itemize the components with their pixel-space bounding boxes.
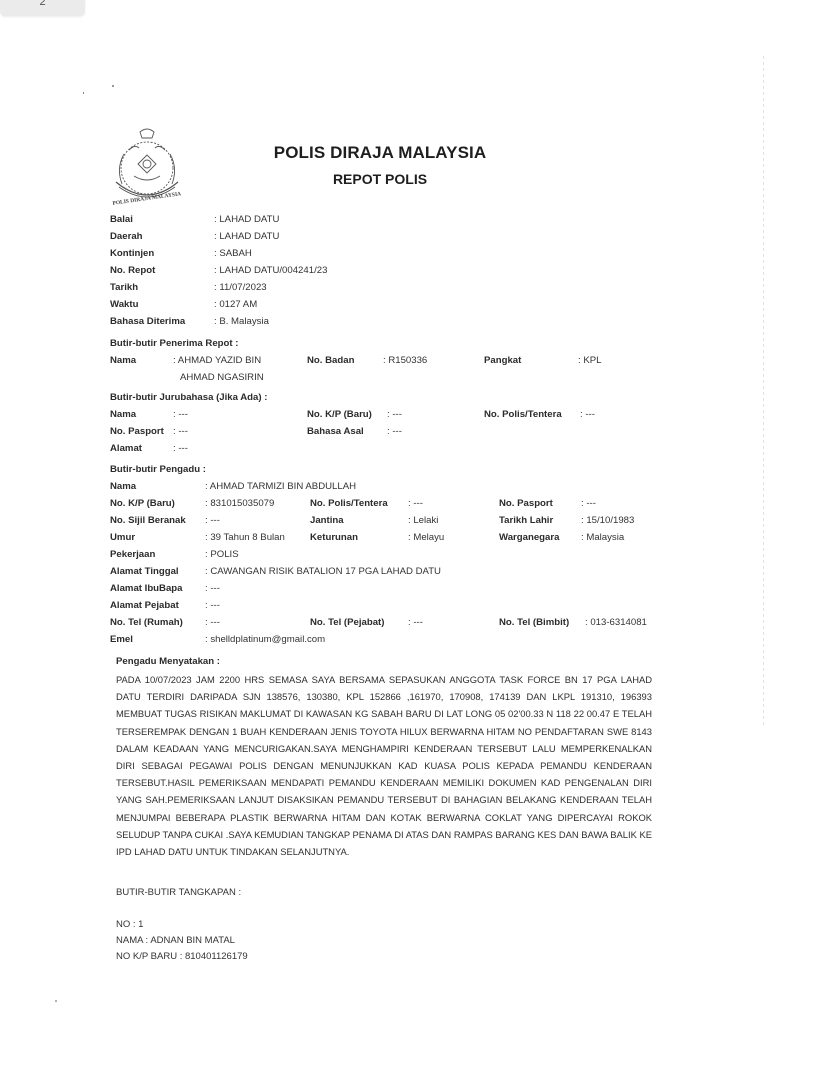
arrest-section-title: BUTIR-BUTIR TANGKAPAN : <box>116 887 241 898</box>
field-label: No. Pasport <box>499 495 553 512</box>
field-value: : 831015035079 <box>205 495 274 512</box>
field-label: No. K/P (Baru) <box>110 495 175 512</box>
field-value: : 11/07/2023 <box>214 279 267 296</box>
receiver-name-line2: AHMAD NGASIRIN <box>180 369 264 386</box>
svg-text:POLIS DIRAJA MALAYSIA: POLIS DIRAJA MALAYSIA <box>112 191 181 207</box>
field-value: : --- <box>408 495 423 512</box>
field-label: Keturunan <box>310 529 358 546</box>
statement-heading: Pengadu Menyatakan : <box>116 653 220 670</box>
scan-speck <box>83 92 84 94</box>
field-value: : CAWANGAN RISIK BATALION 17 PGA LAHAD D… <box>205 563 441 580</box>
field-label: Bahasa Diterima <box>110 313 185 330</box>
field-label: Emel <box>110 631 133 648</box>
field-value: : --- <box>581 495 596 512</box>
field-value: : B. Malaysia <box>214 313 269 330</box>
receiver-badge: : R150336 <box>383 352 427 369</box>
section-title: Pengadu Menyatakan : <box>116 656 220 667</box>
field-label: No. Polis/Tentera <box>310 495 388 512</box>
field-value: : --- <box>173 440 188 457</box>
field-value: : --- <box>173 406 188 423</box>
field-label: Warganegara <box>499 529 559 546</box>
scan-speck <box>112 85 114 87</box>
field-label: No. Sijil Beranak <box>110 512 186 529</box>
page-title: POLIS DIRAJA MALAYSIA <box>190 143 570 163</box>
field-label: Alamat Pejabat <box>110 597 179 614</box>
field-label: Daerah <box>110 228 143 245</box>
field-value: : --- <box>408 614 423 631</box>
complainant-name: : AHMAD TARMIZI BIN ABDULLAH <box>205 478 356 495</box>
field-label: No. Polis/Tentera <box>484 406 562 423</box>
field-value: : 39 Tahun 8 Bulan <box>205 529 285 546</box>
field-label: No. Tel (Rumah) <box>110 614 183 631</box>
field-value: : --- <box>205 614 220 631</box>
field-value: : --- <box>173 423 188 440</box>
field-label: Pangkat <box>484 352 521 369</box>
complainant-section: Butir-butir Pengadu : Nama : AHMAD TARMI… <box>110 461 206 648</box>
field-value: : --- <box>387 406 402 423</box>
field-value: : Lelaki <box>408 512 438 529</box>
field-value: : LAHAD DATU/004241/23 <box>214 262 327 279</box>
scan-speck <box>55 1000 57 1002</box>
field-value: : --- <box>205 512 220 529</box>
statement-text: PADA 10/07/2023 JAM 2200 HRS SEMASA SAYA… <box>116 671 652 860</box>
field-label: Nama <box>110 352 136 369</box>
field-label: Jantina <box>310 512 344 529</box>
receiver-name: : AHMAD YAZID BIN <box>173 352 261 369</box>
field-label: Alamat IbuBapa <box>110 580 183 597</box>
field-label: Kontinjen <box>110 245 154 262</box>
field-label: Nama <box>110 478 136 495</box>
field-label: No. Tel (Bimbit) <box>499 614 569 631</box>
field-value: : --- <box>387 423 402 440</box>
polis-crest-icon: POLIS DIRAJA MALAYSIA <box>104 124 190 208</box>
receiver-section: Butir-butir Penerima Repot : Nama : AHMA… <box>110 335 238 386</box>
receiver-rank: : KPL <box>578 352 601 369</box>
section-title: Butir-butir Pengadu : <box>110 464 206 475</box>
page-number: 2 <box>39 0 45 8</box>
field-value: : Melayu <box>408 529 444 546</box>
field-value: : --- <box>205 597 220 614</box>
field-value: : LAHAD DATU <box>214 211 279 228</box>
field-label: Umur <box>110 529 135 546</box>
arrest-no: NO : 1 <box>116 919 143 930</box>
email-link[interactable]: : shelldplatinum@gmail.com <box>205 631 325 648</box>
field-label: Nama <box>110 406 136 423</box>
page-number-tab[interactable]: 2 <box>0 0 85 16</box>
field-value: : --- <box>580 406 595 423</box>
field-value: : Malaysia <box>581 529 624 546</box>
field-label: Balai <box>110 211 133 228</box>
field-label: Pekerjaan <box>110 546 155 563</box>
arrest-name: NAMA : ADNAN BIN MATAL <box>116 935 235 946</box>
field-label: No. Pasport <box>110 423 164 440</box>
arrest-ic: NO K/P BARU : 810401126179 <box>116 951 248 962</box>
field-label: No. K/P (Baru) <box>307 406 372 423</box>
field-value: : 0127 AM <box>214 296 257 313</box>
field-value: : POLIS <box>205 546 239 563</box>
field-label: No. Badan <box>307 352 354 369</box>
section-title: Butir-butir Jurubahasa (Jika Ada) : <box>110 392 267 403</box>
page-subtitle: REPOT POLIS <box>190 171 570 187</box>
field-label: Alamat Tinggal <box>110 563 179 580</box>
scan-artifact-line <box>763 56 764 726</box>
field-label: No. Repot <box>110 262 155 279</box>
field-label: No. Tel (Pejabat) <box>310 614 384 631</box>
field-label: Alamat <box>110 440 142 457</box>
field-value: : LAHAD DATU <box>214 228 279 245</box>
field-label: Tarikh <box>110 279 138 296</box>
interpreter-section: Butir-butir Jurubahasa (Jika Ada) : Nama… <box>110 389 267 457</box>
field-value: : 013-6314081 <box>585 614 647 631</box>
field-value: : SABAH <box>214 245 252 262</box>
field-label: Tarikh Lahir <box>499 512 553 529</box>
field-value: : --- <box>205 580 220 597</box>
field-value: : 15/10/1983 <box>581 512 634 529</box>
section-title: Butir-butir Penerima Repot : <box>110 338 238 349</box>
field-label: Bahasa Asal <box>307 423 364 440</box>
field-label: Waktu <box>110 296 138 313</box>
